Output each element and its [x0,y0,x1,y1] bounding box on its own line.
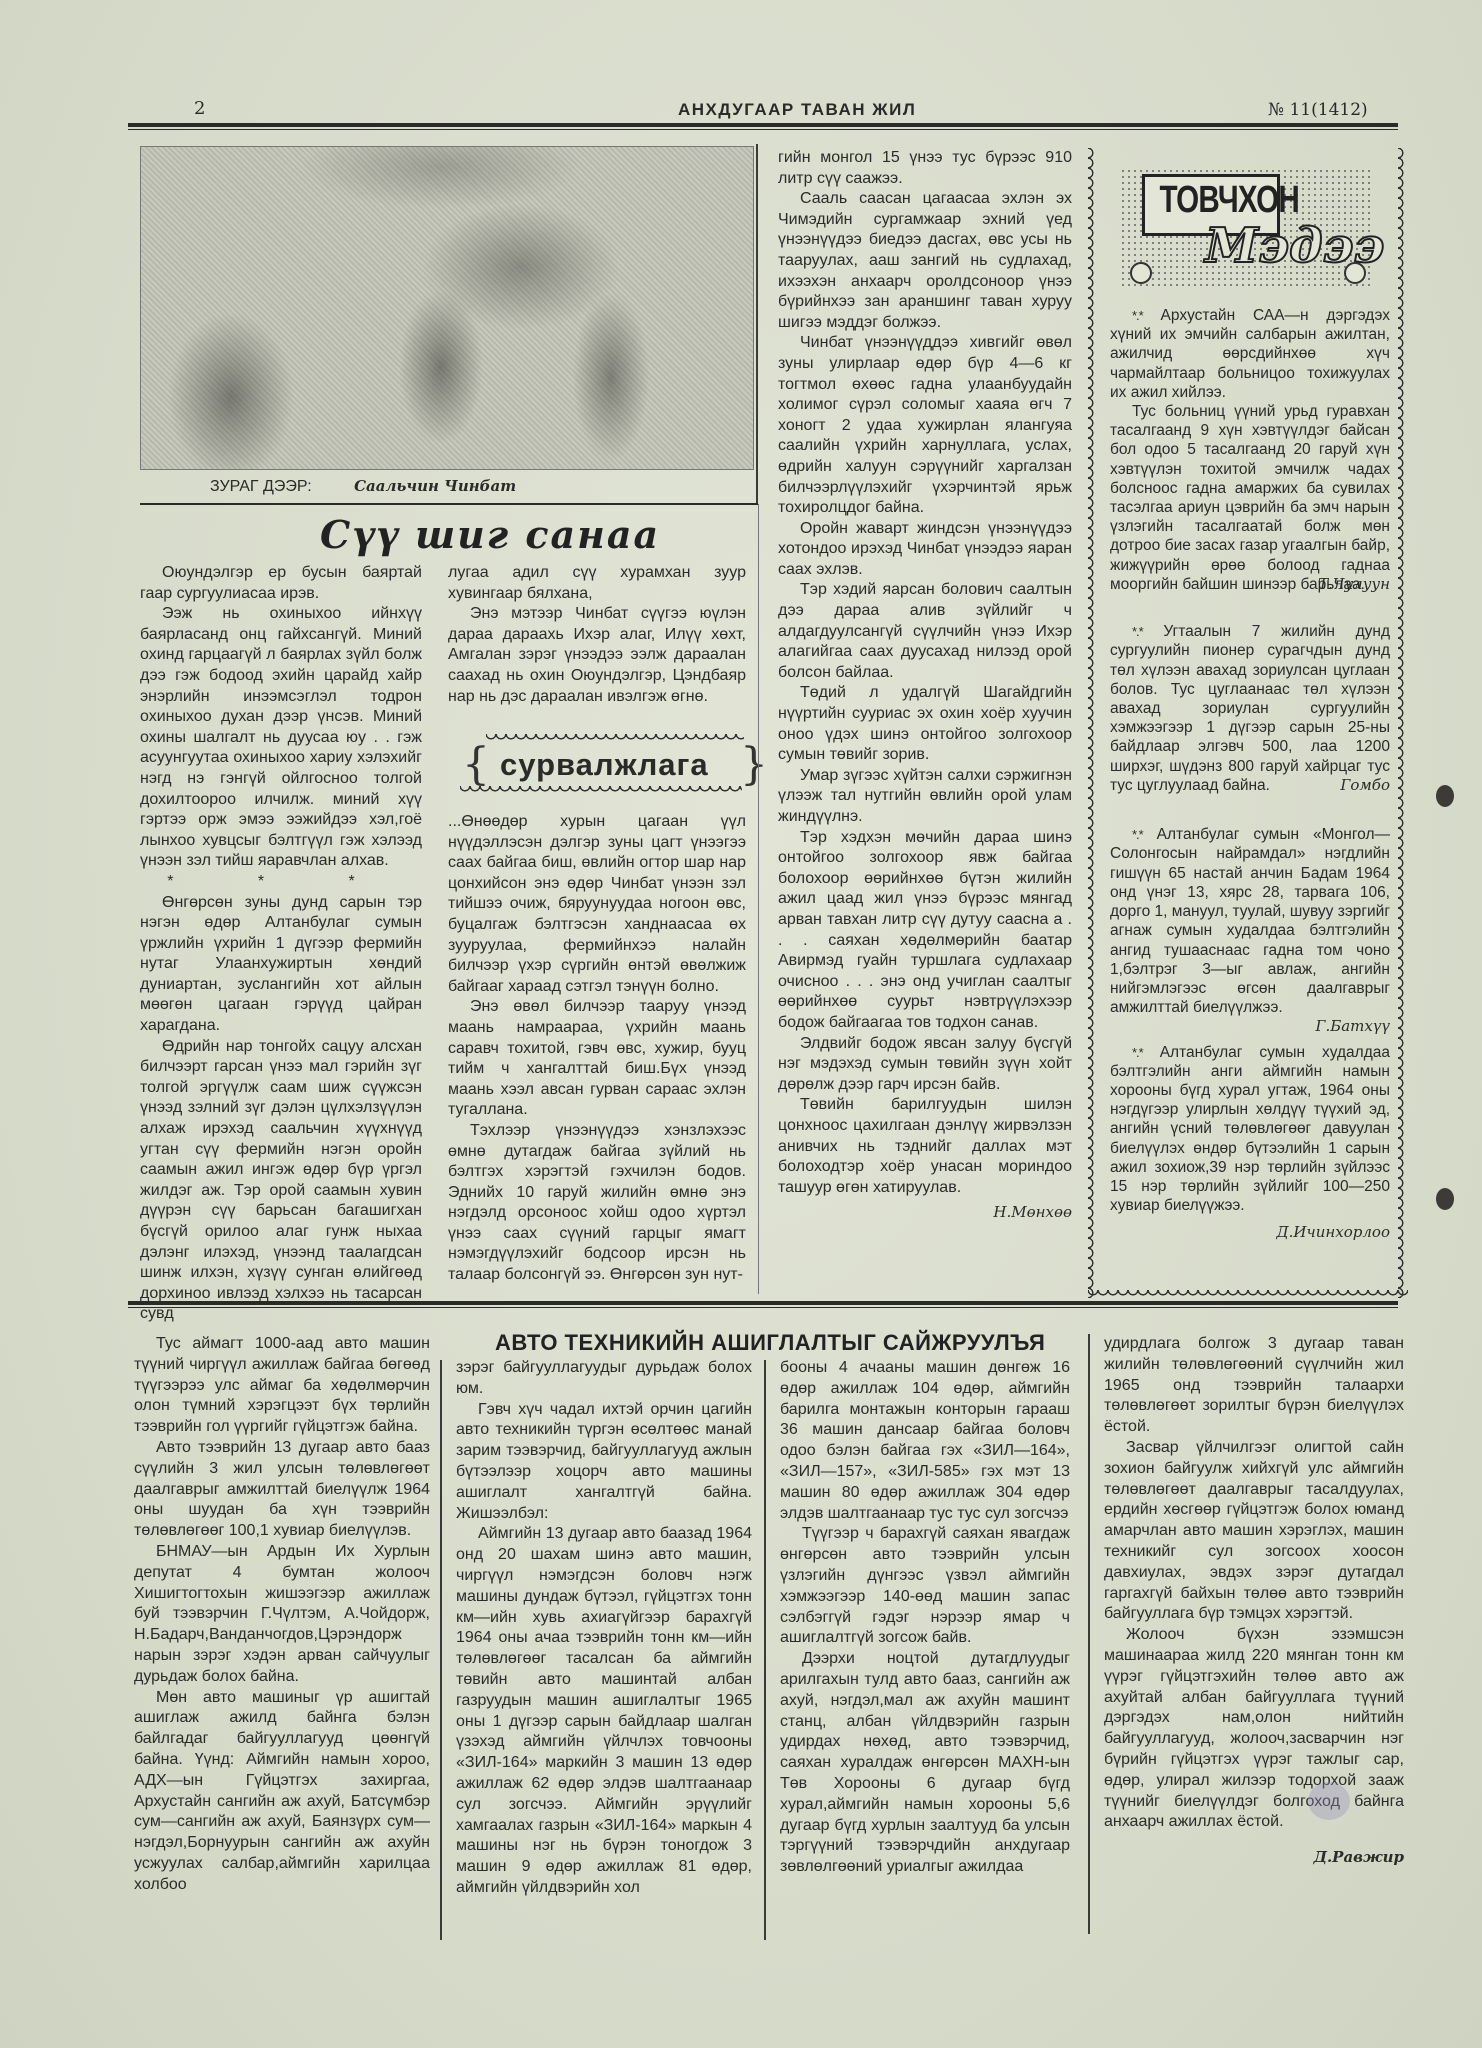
paragraph: зэрэг байгууллагуудыг дурьдаж болох юм. [456,1358,752,1400]
paragraph: БНМАУ—ын Ардын Их Хурлын депутат 4 бумта… [134,1542,430,1688]
news-text: Алтанбулаг сумын худалдаа бэлтгэлийн анг… [1110,1044,1390,1215]
feature-column-1: Оюундэлгэр ер бусын баяртай гаар сургуул… [140,563,422,1325]
paragraph: Гэвч хүч чадал ихтэй орчин цагийн авто т… [456,1400,752,1525]
paragraph: Аймгийн 13 дугаар авто баазад 1964 онд 2… [456,1524,752,1898]
sidebar-border-left [1088,148,1098,1298]
paragraph: Элдвийг бодож явсан залуу бүсгүй нэг мэд… [778,1034,1072,1096]
paragraph: Тэр хэдхэн мөчийн дараа шинэ онтойгоо зо… [778,828,1072,1034]
paragraph: лугаа адил сүү хурамхан зуур хувингаар б… [448,563,746,604]
bullet-asterisks-icon: *.* [1132,827,1143,842]
news-item: *.* Алтанбулаг сумын «Монгол—Солонгосын … [1110,825,1390,1036]
feature-signature: Н.Мөнхөө [778,1202,1072,1223]
paragraph: Ээж нь охиныхоо ийнхүү баярласанд онц га… [140,604,422,872]
article-column-3: бооны 4 ачааны машин дөнгөж 16 өдөр ажил… [780,1358,1070,1878]
paragraph: Мөн авто машиныг үр ашигтай ашиглаж ажил… [134,1688,430,1896]
paragraph: Авто тээврийн 13 дугаар авто бааз сүүлий… [134,1438,430,1542]
caption-name: Саальчин Чинбат [354,477,516,495]
paragraph: Түүгээр ч барахгүй саяхан явагдаж өнгөрс… [780,1524,1070,1649]
section-rule [128,1301,1398,1305]
page-number: 2 [194,98,205,119]
paragraph: гийн монгол 15 үнээ тус бүрээс 910 литр … [778,148,1072,189]
column-divider [1088,1334,1090,1934]
column-divider [758,504,759,1294]
brief-news-heading-top: ТОВЧХОН [1160,179,1263,222]
paragraph: Өнгөрсөн зуны дунд сарын тэр нэгэн өдөр … [140,893,422,1037]
article-signature: Д.Равжир [1104,1847,1404,1868]
paragraph: Сааль саасан цагаасаа эхлэн эх Чимэдийн … [778,189,1072,333]
wavy-border-bottom [460,786,742,796]
news-text: Угтаалын 7 жилийн дунд сургуулийн пионер… [1110,623,1390,794]
paragraph: Оройн жаварт жиндсэн үнээнүүдээ хотондоо… [778,519,1072,581]
newspaper-page: 2 АНХДУГААР ТАВАН ЖИЛ № 11(1412) ЗУРАГ Д… [0,0,1482,2048]
paragraph: Төвийн барилгуудын шилэн цонхноос цахилг… [778,1095,1072,1198]
news-author: Г.Батхүү [1110,1017,1390,1036]
article-column-4: удирдлага болгож 3 дугаар таван жилийн т… [1104,1334,1404,1868]
feature-column-2-bottom: ...Өнөөдөр хурын цагаан үүл нүүдэллэсэн … [448,812,746,1286]
section-rule-thin [128,1307,1398,1308]
article-title: АВТО ТЕХНИКИЙН АШИГЛАЛТЫГ САЙЖРУУЛЪЯ [495,1330,1045,1356]
paragraph: Засвар үйлчилгээг олигтой сайн зохион ба… [1104,1438,1404,1625]
photo-frame-right [756,144,758,504]
section-break: * * * [140,872,422,893]
paragraph: Жолооч бүхэн эзэмшсэн машинаараа жилд 22… [1104,1625,1404,1833]
paragraph: Дээрхи ноцтой дутагдлуудыг арилгахын тул… [780,1649,1070,1878]
bullet-asterisks-icon: *.* [1132,1045,1143,1060]
feature-column-3: гийн монгол 15 үнээ тус бүрээс 910 литр … [778,148,1072,1223]
paragraph: Оюундэлгэр ер бусын баяртай гаар сургуул… [140,563,422,604]
brace-left-icon: { [462,739,490,790]
sidebar-news-list: *.* Архустайн САА—н дэргэдэх хүний их эм… [1110,306,1390,1243]
photo-milkmaid [140,146,754,470]
news-item: *.* Алтанбулаг сумын худалдаа бэлтгэлийн… [1110,1043,1390,1243]
paragraph: Чинбат үнээнүүддээ хивгийг өвөл зуны ули… [778,333,1072,518]
sidebar-border-right [1398,148,1408,1298]
photo-caption: ЗУРАГ ДЭЭР: Саальчин Чинбат [210,477,610,496]
article-column-1: Тус аймагт 1000-аад авто машин түүний чи… [134,1334,430,1896]
bullet-asterisks-icon: *.* [1132,624,1143,639]
news-item: *.* Архустайн САА—н дэргэдэх хүний их эм… [1110,306,1390,594]
bullet-asterisks-icon: *.* [1132,308,1143,323]
issue-number: № 11(1412) [1268,100,1368,120]
ring-ornament-icon [1130,262,1152,284]
article-column-2: зэрэг байгууллагуудыг дурьдаж болох юм. … [456,1358,752,1899]
paragraph: Тэхлээр үнээнүүдээ хэнзлэхээс өмнө дутаг… [448,1121,746,1286]
caption-label: ЗУРАГ ДЭЭР: [210,478,312,495]
news-item: *.* Угтаалын 7 жилийн дунд сургуулийн пи… [1110,622,1390,795]
feature-column-2-top: лугаа адил сүү хурамхан зуур хувингаар б… [448,563,746,707]
news-text: Архустайн САА—н дэргэдэх хүний их эмчийн… [1110,307,1390,401]
sidebar-border-bottom [1088,1290,1408,1300]
paragraph: Өдрийн нар тонгойх сацуу алсхан билчээрт… [140,1037,422,1325]
column-divider [764,1360,766,1940]
punch-hole [1436,785,1454,807]
paragraph: Энэ өвөл билчээр тааруу үнээд маань намр… [448,997,746,1121]
paragraph: бооны 4 ачааны машин дөнгөж 16 өдөр ажил… [780,1358,1070,1524]
feature-title: Сүү шиг санаа [320,512,660,557]
column-divider [440,1360,442,1940]
reportage-label: сурвалжлага [500,747,709,783]
ring-ornament-icon [1344,262,1366,284]
ink-stamp-stain [1308,1782,1350,1820]
newspaper-title: АНХДУГААР ТАВАН ЖИЛ [678,100,916,120]
paragraph: удирдлага болгож 3 дугаар таван жилийн т… [1104,1334,1404,1438]
paragraph: Тэр хэдий яарсан болович саалтын дээ дар… [778,580,1072,683]
wavy-border-top [486,734,744,744]
paragraph: Умар зүгээс хүйтэн салхи сэржигнэн үлээж… [778,766,1072,828]
paragraph: Энэ мэтээр Чинбат сүүгээ юүлэн дараа дар… [448,604,746,707]
header-rule-thin [128,129,1398,130]
caption-rule [140,503,758,505]
punch-hole [1436,1188,1454,1210]
news-author: Д.Ичинхорлоо [1110,1223,1390,1242]
news-text: Алтанбулаг сумын «Монгол—Солонгосын найр… [1110,826,1390,1016]
news-text: Тус больниц үүний урьд гуравхан тасалгаа… [1110,402,1390,594]
paragraph: Тус аймагт 1000-аад авто машин түүний чи… [134,1334,430,1438]
header-rule [128,123,1398,127]
paragraph: Төдий л удалгүй Шагайдгийн нүүртийн суур… [778,683,1072,765]
paragraph: ...Өнөөдөр хурын цагаан үүл нүүдэллэсэн … [448,812,746,997]
brace-right-icon: } [740,739,768,790]
